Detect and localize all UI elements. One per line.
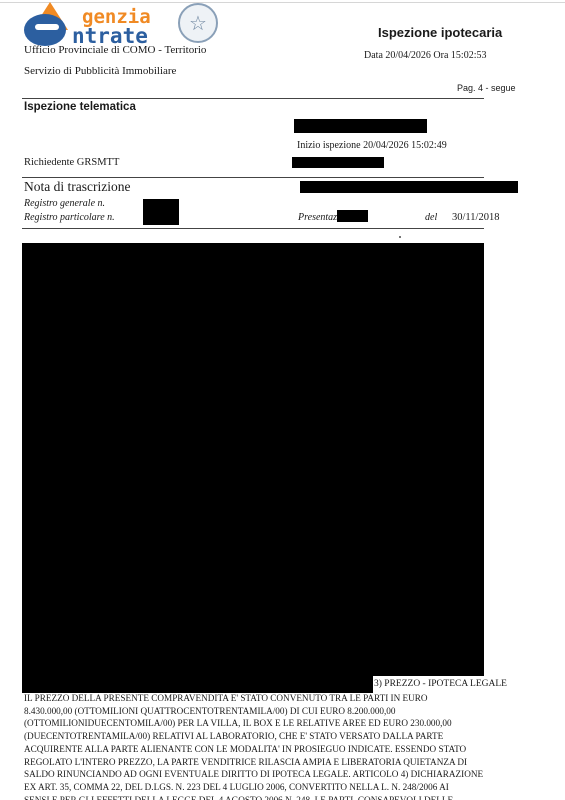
divider [22, 177, 484, 178]
redaction [294, 119, 427, 133]
body-line: (DUECENTOTRENTAMILA/00) RELATIVI AL LABO… [24, 730, 494, 743]
registro-particolare-label: Registro particolare n. [24, 212, 115, 223]
body-line: REGOLATO L'INTERO PREZZO, LA PARTE VENDI… [24, 756, 494, 769]
redaction [337, 210, 368, 222]
body-line: 8.430.000,00 (OTTOMILIONI QUATTROCENTOTR… [24, 705, 494, 718]
office-name: Ufficio Provinciale di COMO - Territorio [24, 44, 206, 56]
registro-generale-label: Registro generale n. [24, 198, 105, 209]
redaction-block [22, 243, 484, 676]
body-line: SENSI E PER GLI EFFETTI DELLA LEGGE DEL … [24, 794, 494, 800]
body-line: SALDO RINUNCIANDO AD OGNI EVENTUALE DIRI… [24, 768, 494, 781]
speck [399, 236, 401, 238]
logo-e-shape [24, 14, 66, 46]
page-number: Pag. 4 - segue [457, 83, 516, 93]
del-date: 30/11/2018 [452, 212, 499, 223]
service-name: Servizio di Pubblicità Immobiliare [24, 65, 176, 77]
body-line: ACQUIRENTE ALLA PARTE ALIENANTE CON LE M… [24, 743, 494, 756]
note-title: Nota di trascrizione [24, 179, 130, 195]
document-date-time: Data 20/04/2026 Ora 15:02:53 [364, 50, 486, 61]
redaction-block [22, 676, 373, 693]
redaction [143, 199, 179, 225]
inspection-title: Ispezione telematica [24, 101, 136, 113]
body-line: IL PREZZO DELLA PRESENTE COMPRAVENDITA E… [24, 692, 494, 705]
star-icon: ☆ [180, 11, 216, 35]
body-text: IL PREZZO DELLA PRESENTE COMPRAVENDITA E… [24, 692, 494, 800]
section-heading: 3) PREZZO - IPOTECA LEGALE [374, 679, 507, 689]
logo-e-bar [35, 24, 59, 30]
requester: Richiedente GRSMTT [24, 157, 119, 168]
body-line: EX ART. 35, COMMA 22, DEL D.LGS. N. 223 … [24, 781, 494, 794]
redaction [292, 157, 384, 168]
redaction [300, 181, 518, 193]
agenzia-entrate-logo: genzia ntrate ☆ [22, 2, 222, 48]
italian-republic-emblem-icon: ☆ [178, 3, 218, 43]
del-label: del [425, 212, 437, 223]
divider [22, 228, 484, 229]
body-line: (OTTOMILIONIDUECENTOMILA/00) PER LA VILL… [24, 717, 494, 730]
inspection-start: Inizio ispezione 20/04/2026 15:02:49 [297, 140, 447, 151]
divider [22, 98, 484, 99]
document-title: Ispezione ipotecaria [378, 25, 502, 40]
